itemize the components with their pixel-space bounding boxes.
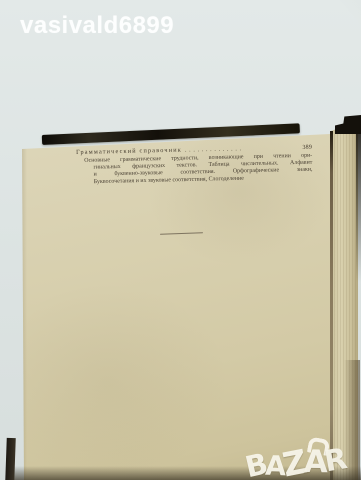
seller-watermark: vasivald6899 [20, 13, 174, 39]
toc-entry: Грамматический справочник . . . . . . . … [76, 144, 313, 185]
marketplace-logo: B A Z A R [243, 419, 361, 480]
toc-entry-description: Основные грамматические трудности, возни… [76, 151, 313, 185]
book-listing-photo: vasivald6899 Грамматический справочник .… [0, 0, 361, 480]
toc-page-number: 389 [302, 144, 312, 151]
logo-letter: R [322, 444, 349, 476]
book-cover-right-edge [356, 132, 361, 282]
